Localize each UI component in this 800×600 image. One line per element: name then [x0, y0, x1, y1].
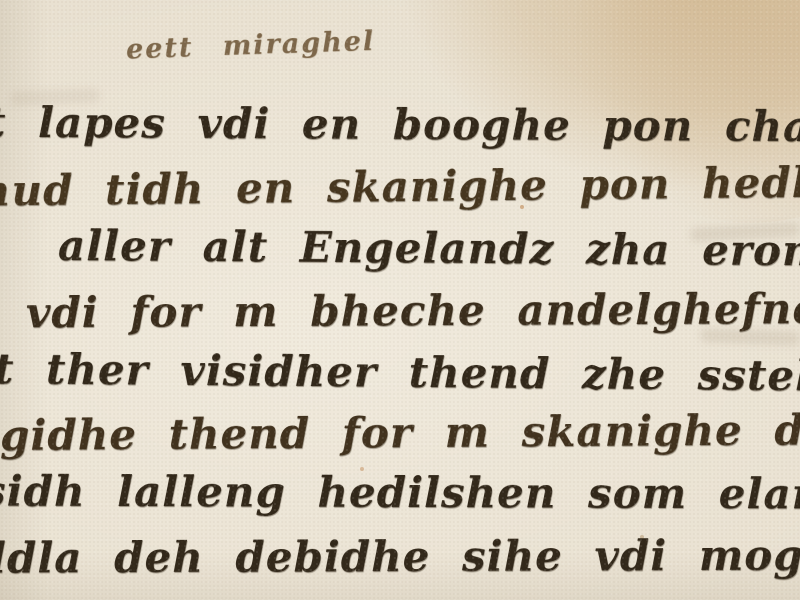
- manuscript-line: aller alt Engelandz zha eron: [58, 221, 800, 276]
- manuscript-line: vdi for m bheche andelghefne vlo: [26, 284, 800, 338]
- manuscript-heading: eett miraghel: [126, 26, 376, 66]
- manuscript-line: sidh lalleng hedilshen som elar: [0, 466, 800, 518]
- ink-showthrough-mark: [690, 222, 800, 242]
- ink-showthrough-mark: [700, 328, 800, 345]
- manuscript-line: ldla deh debidhe sihe vdi mogal: [0, 530, 800, 582]
- manuscript-line: gidhe thend for m skanighe deh hau: [0, 405, 800, 460]
- manuscript-line: t ther visidher thend zhe sstehe n: [0, 344, 800, 401]
- foxing-specks: [520, 205, 524, 209]
- manuscript-line: t lapes vdi en booghe pon challia spe: [0, 98, 800, 152]
- manuscript-page: eett miraghel t lapes vdi en booghe pon …: [0, 0, 800, 600]
- paper-grain-overlay: [0, 0, 800, 600]
- ink-showthrough-mark: [10, 88, 100, 105]
- manuscript-line: hud tidh en skanighe pon hedh radmelln: [0, 157, 800, 215]
- paper-stain: [528, 0, 800, 266]
